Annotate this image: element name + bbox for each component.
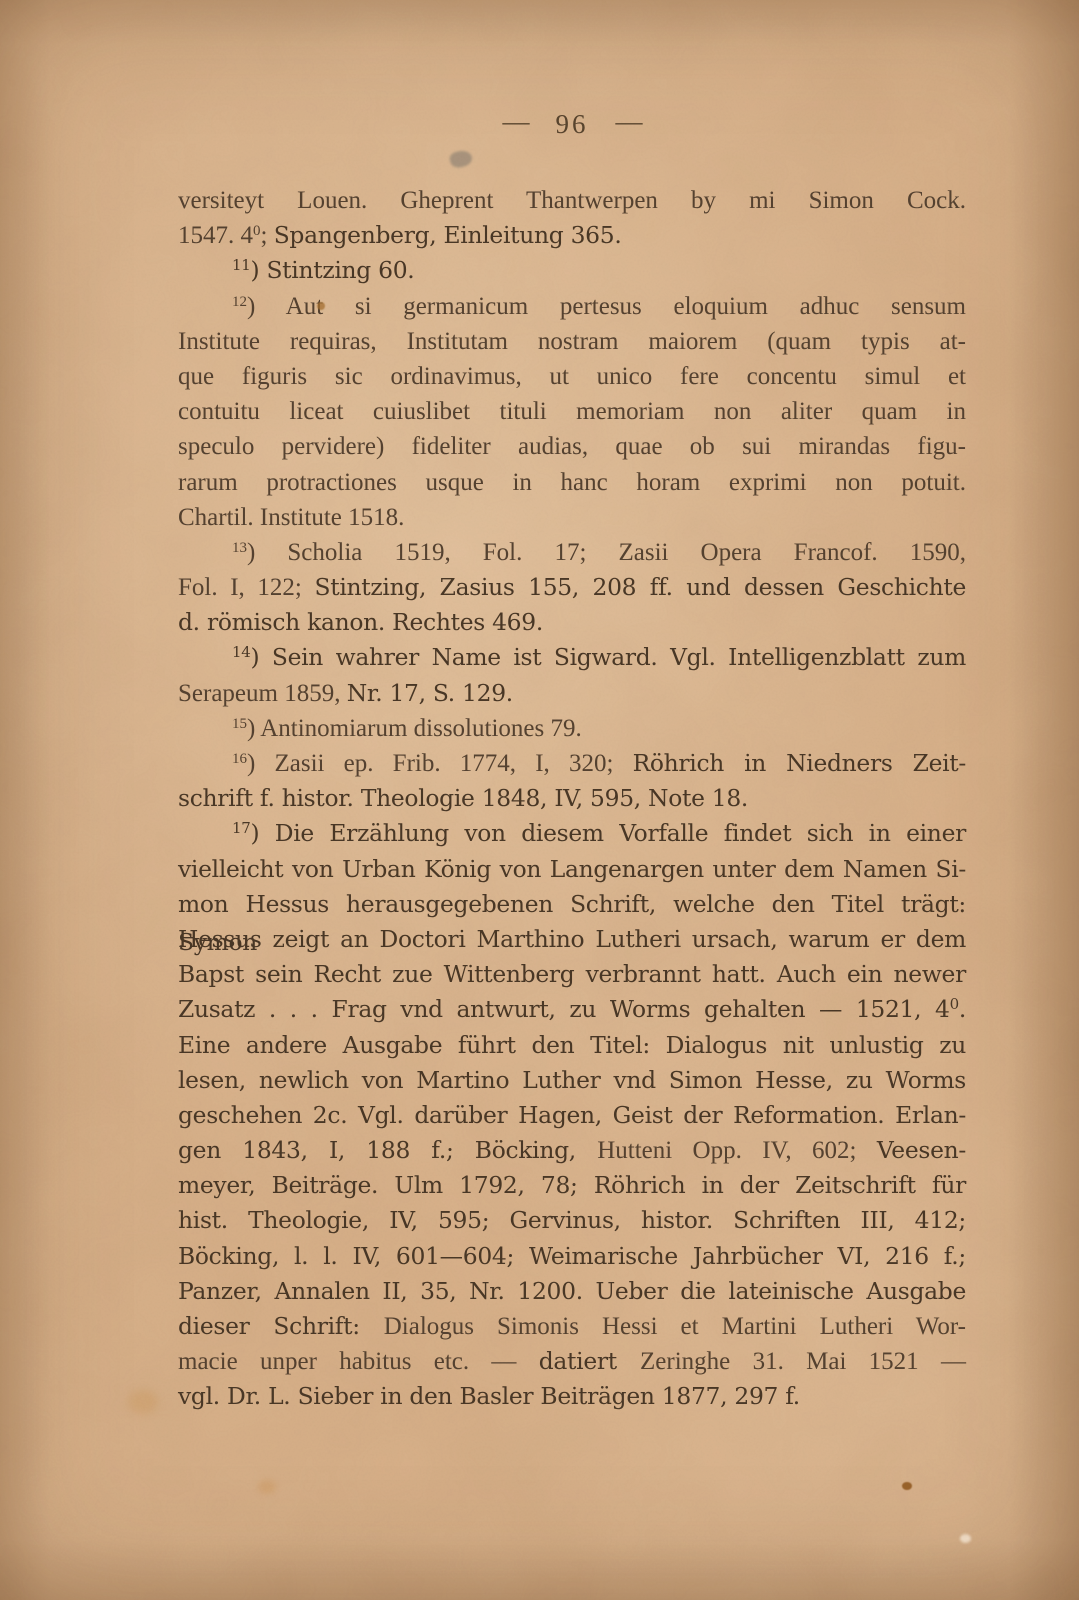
page-header: —96— [178,108,966,140]
text-line: Zusatz . . . Frag vnd antwurt, zu Worms … [178,992,966,1027]
text-line: 11) Stintzing 60. [178,253,966,288]
text-line: Bapst sein Recht zue Wittenberg verbrann… [178,957,966,992]
text-line: vgl. Dr. L. Sieber in den Basler Beiträg… [178,1379,966,1414]
text-line: Panzer, Annalen II, 35, Nr. 1200. Ueber … [178,1274,966,1309]
text-segment: Institute requiras, Institutam nostram m… [178,328,966,355]
text-segment: Röhrich in Niedners Zeit- [633,749,966,777]
text-line: que figuris sic ordinavimus, ut unico fe… [178,359,966,394]
paper-stain [128,1390,158,1414]
text-segment: Bapst sein Recht zue Wittenberg verbrann… [178,960,966,988]
text-line: macie unper habitus etc. — datiert Zerin… [178,1344,966,1379]
text-line: mon Hessus herausgegebenen Schrift, welc… [178,887,966,922]
text-segment: Hessus zeigt an Doctori Marthino Lutheri… [178,925,966,953]
text-line: rarum protractiones usque in hanc horam … [178,465,966,500]
text-line: Böcking, l. l. IV, 601—604; Weimarische … [178,1239,966,1274]
text-line: dieser Schrift: Dialogus Simonis Hessi e… [178,1309,966,1344]
text-segment: Nr. 17, S. 129. [347,679,513,707]
text-segment: ) Sein wahrer Name ist Sigward. Vgl. Int… [251,643,967,671]
text-segment: ) Antinomiarum dissolutiones 79. [247,715,582,742]
text-segment: datiert [539,1347,640,1375]
text-line: meyer, Beiträge. Ulm 1792, 78; Röhrich i… [178,1168,966,1203]
text-segment: ) Die Erzählung von diesem Vorfalle find… [251,819,967,847]
text-segment: que figuris sic ordinavimus, ut unico fe… [178,363,966,390]
text-segment: Serapeum 1859, [178,680,347,707]
text-segment: Hutteni Opp. IV, 602; [597,1137,877,1164]
text-segment: contuitu liceat cuiuslibet tituli memori… [178,398,966,425]
page-number: 96 [556,109,589,139]
text-segment: Zusatz . . . Frag vnd antwurt, zu Worms … [178,995,950,1023]
header-dash-left: — [503,106,529,136]
text-segment: Veesen- [877,1136,966,1164]
text-segment: Böcking, l. l. IV, 601—604; Weimarische … [178,1242,966,1270]
text-segment: 1547. 4 [178,222,253,249]
text-line: contuitu liceat cuiuslibet tituli memori… [178,394,966,429]
text-segment: lesen, newlich von Martino Luther vnd Si… [178,1066,966,1094]
text-segment: schrift f. histor. Theologie 1848, IV, 5… [178,784,748,812]
text-block: versiteyt Louen. Gheprent Thantwerpen by… [178,183,966,1415]
paper-stain [258,1480,276,1494]
text-line: hist. Theologie, IV, 595; Gervinus, hist… [178,1203,966,1238]
superscript-marker: 12 [232,294,247,310]
text-line: Chartil. Institute 1518. [178,500,966,535]
text-line: 14) Sein wahrer Name ist Sigward. Vgl. I… [178,640,966,675]
text-line: 1547. 40; Spangenberg, Einleitung 365. [178,218,966,253]
text-segment: hist. Theologie, IV, 595; Gervinus, hist… [178,1206,966,1234]
text-segment: Eine andere Ausgabe führt den Titel: Dia… [178,1031,966,1059]
text-line: Institute requiras, Institutam nostram m… [178,324,966,359]
paper-speck [960,1534,971,1543]
text-segment: ) Aut si germanicum pertesus eloquium ad… [247,293,966,320]
text-line: lesen, newlich von Martino Luther vnd Si… [178,1063,966,1098]
text-segment: meyer, Beiträge. Ulm 1792, 78; Röhrich i… [178,1171,966,1199]
text-line: 13) Scholia 1519, Fol. 17; Zasii Opera F… [178,535,966,570]
text-line: 16) Zasii ep. Frib. 1774, I, 320; Röhric… [178,746,966,781]
text-line: speculo pervidere) fideliter audias, qua… [178,429,966,464]
text-segment: d. römisch kanon. Rechtes 469. [178,608,543,636]
text-segment: rarum protractiones usque in hanc horam … [178,469,966,496]
paper-speck [902,1482,912,1490]
text-segment: Spangenberg, Einleitung 365. [274,221,622,249]
text-line: 17) Die Erzählung von diesem Vorfalle fi… [178,816,966,851]
text-segment: ; [261,222,274,249]
superscript-marker: 0 [253,223,261,239]
text-segment: Zeringhe 31. Mai 1521 — [640,1348,966,1375]
text-line: 12) Aut si germanicum pertesus eloquium … [178,289,966,324]
superscript-marker: 14 [232,643,251,661]
text-segment: Dialogus Simonis Hessi et Martini Luther… [384,1313,966,1340]
text-line: schrift f. histor. Theologie 1848, IV, 5… [178,781,966,816]
text-segment: ) Stintzing 60. [251,256,415,284]
text-segment: versiteyt Louen. Gheprent Thantwerpen by… [178,187,966,214]
text-segment: Fol. I, 122; [178,574,315,601]
text-line: vielleicht von Urban König von Langenarg… [178,852,966,887]
superscript-marker: 16 [232,751,247,767]
text-line: Serapeum 1859, Nr. 17, S. 129. [178,676,966,711]
text-line: geschehen 2c. Vgl. darüber Hagen, Geist … [178,1098,966,1133]
text-segment: macie unper habitus etc. — [178,1348,539,1375]
text-line: d. römisch kanon. Rechtes 469. [178,605,966,640]
text-line: versiteyt Louen. Gheprent Thantwerpen by… [178,183,966,218]
text-segment: Chartil. Institute 1518. [178,504,404,531]
text-line: gen 1843, I, 188 f.; Böcking, Hutteni Op… [178,1133,966,1168]
text-segment: Stintzing, Zasius 155, 208 ff. und desse… [315,573,967,601]
superscript-marker: 13 [232,540,247,556]
superscript-marker: 17 [232,819,251,837]
text-segment: gen 1843, I, 188 f.; Böcking, [178,1136,597,1164]
text-segment: Panzer, Annalen II, 35, Nr. 1200. Ueber … [178,1277,966,1305]
superscript-marker: 0 [950,995,959,1013]
book-page-scan: —96— versiteyt Louen. Gheprent Thantwerp… [0,0,1079,1600]
text-segment: geschehen 2c. Vgl. darüber Hagen, Geist … [178,1101,966,1129]
superscript-marker: 15 [232,716,247,732]
text-line: Eine andere Ausgabe führt den Titel: Dia… [178,1028,966,1063]
superscript-marker: 11 [232,256,251,274]
ink-smudge [448,149,473,170]
text-line: Hessus zeigt an Doctori Marthino Lutheri… [178,922,966,957]
text-segment: vielleicht von Urban König von Langenarg… [178,855,966,883]
text-line: 15) Antinomiarum dissolutiones 79. [178,711,966,746]
text-segment: . [959,995,966,1023]
text-segment: ) Zasii ep. Frib. 1774, I, 320; [247,750,633,777]
text-segment: vgl. Dr. L. Sieber in den Basler Beiträg… [178,1382,800,1410]
text-segment: speculo pervidere) fideliter audias, qua… [178,433,966,460]
text-line: Fol. I, 122; Stintzing, Zasius 155, 208 … [178,570,966,605]
text-segment: ) Scholia 1519, Fol. 17; Zasii Opera Fra… [247,539,966,566]
text-segment: dieser Schrift: [178,1312,384,1340]
header-dash-right: — [616,106,642,136]
